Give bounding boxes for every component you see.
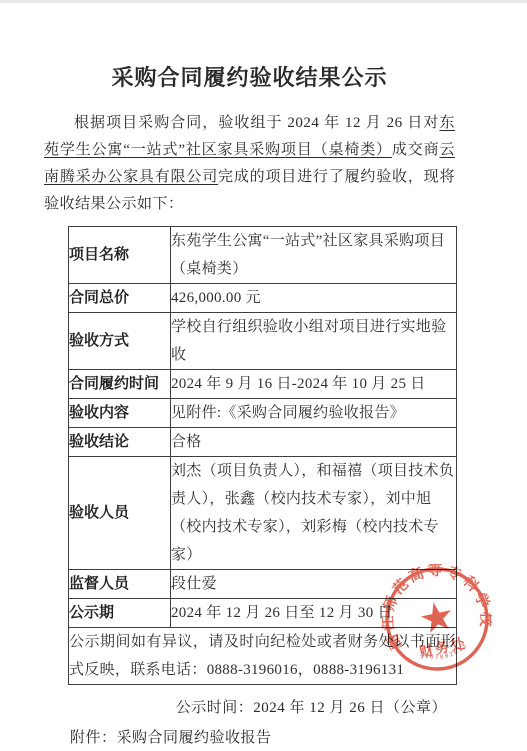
row-value: 2024 年 12 月 26 日至 12 月 30 日 — [171, 599, 457, 628]
acceptance-result-table: 项目名称 东苑学生公寓“一站式”社区家具采购项目（桌椅类） 合同总价 426,0… — [68, 226, 457, 685]
row-value: 见附件:《采购合同履约验收报告》 — [171, 399, 457, 428]
intro-segment-1: 根据项目采购合同，验收组于 2024 年 12 月 26 日对 — [74, 115, 439, 131]
attachment-line: 附件：采购合同履约验收报告 — [70, 726, 455, 747]
table-row-objection-note: 公示期间如有异议，请及时向纪检处或者财务处以书面形式反映，联系电话：0888-3… — [69, 628, 457, 685]
table-row-acceptance-method: 验收方式 学校自行组织验收小组对项目进行实地验收 — [69, 313, 457, 370]
row-label: 合同总价 — [69, 284, 171, 313]
row-label: 公示期 — [69, 599, 171, 628]
row-value: 东苑学生公寓“一站式”社区家具采购项目（桌椅类） — [171, 227, 457, 284]
table-row-acceptance-content: 验收内容 见附件:《采购合同履约验收报告》 — [69, 399, 457, 428]
announcement-document: 采购合同履约验收结果公示 根据项目采购合同，验收组于 2024 年 12 月 2… — [0, 0, 527, 747]
table-row-acceptance-personnel: 验收人员 刘杰（项目负责人），和福禧（项目技术负责人），张鑫（校内技术专家），刘… — [69, 457, 457, 570]
page-title: 采购合同履约验收结果公示 — [44, 64, 455, 92]
row-label: 验收结论 — [69, 428, 171, 457]
table-row-supervision-personnel: 监督人员 段仕爱 — [69, 570, 457, 599]
row-label: 项目名称 — [69, 227, 171, 284]
table-row-publicity-period: 公示期 2024 年 12 月 26 日至 12 月 30 日 — [69, 599, 457, 628]
publish-time-line: 公示时间：2024 年 12 月 26 日（公章） — [44, 696, 447, 717]
intro-segment-2: 成交商 — [392, 142, 440, 158]
row-label: 验收方式 — [69, 313, 171, 370]
table-row-acceptance-conclusion: 验收结论 合格 — [69, 428, 457, 457]
objection-note: 公示期间如有异议，请及时向纪检处或者财务处以书面形式反映，联系电话：0888-3… — [69, 628, 457, 685]
row-value: 426,000.00 元 — [171, 284, 457, 313]
table-row-performance-period: 合同履约时间 2024 年 9 月 16 日-2024 年 10 月 25 日 — [69, 370, 457, 399]
row-value: 合格 — [171, 428, 457, 457]
table-row-project-name: 项目名称 东苑学生公寓“一站式”社区家具采购项目（桌椅类） — [69, 227, 457, 284]
row-label: 验收人员 — [69, 457, 171, 570]
row-value: 学校自行组织验收小组对项目进行实地验收 — [171, 313, 457, 370]
row-label: 合同履约时间 — [69, 370, 171, 399]
row-value: 2024 年 9 月 16 日-2024 年 10 月 25 日 — [171, 370, 457, 399]
row-value: 段仕爱 — [171, 570, 457, 599]
table-row-contract-total: 合同总价 426,000.00 元 — [69, 284, 457, 313]
intro-paragraph: 根据项目采购合同，验收组于 2024 年 12 月 26 日对东苑学生公寓“一站… — [44, 110, 455, 218]
row-label: 验收内容 — [69, 399, 171, 428]
row-label: 监督人员 — [69, 570, 171, 599]
row-value: 刘杰（项目负责人），和福禧（项目技术负责人），张鑫（校内技术专家），刘中旭（校内… — [171, 457, 457, 570]
